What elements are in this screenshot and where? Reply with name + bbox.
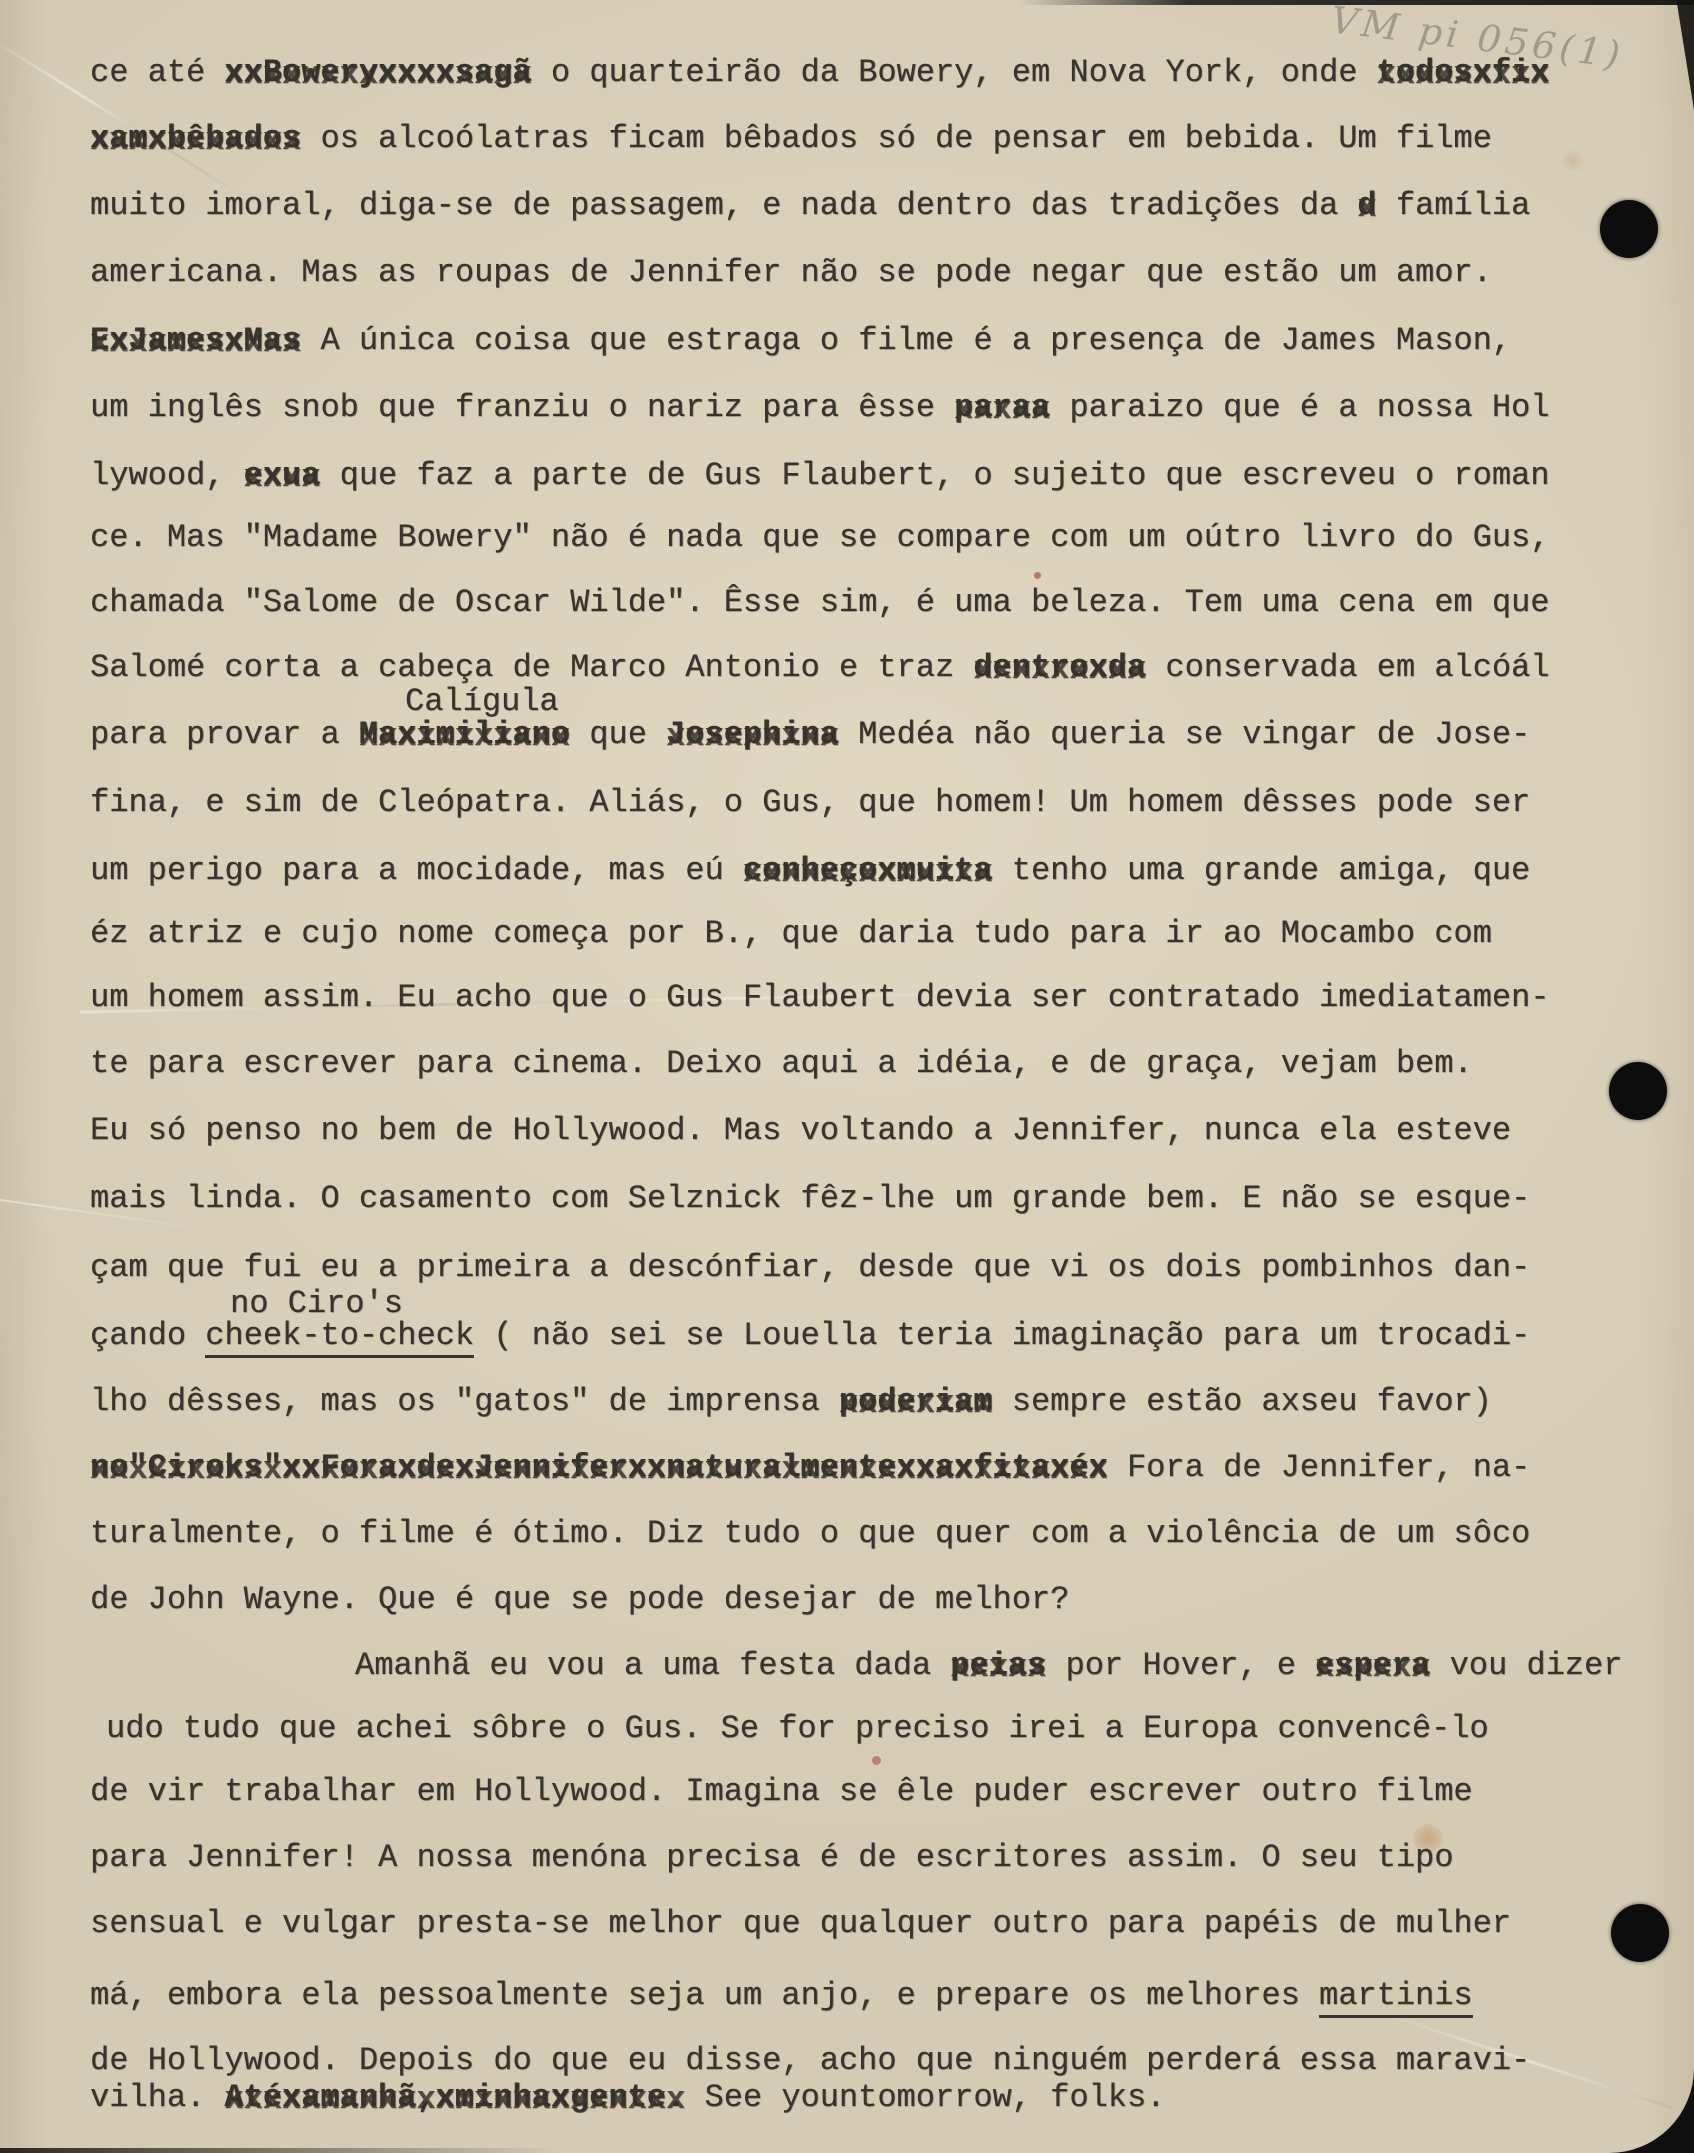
typed-text: A única coisa que estraga o filme é a pr… [301,322,1511,359]
typed-line: chamada "Salome de Oscar Wilde". Êsse si… [90,587,1549,619]
typed-text: te para escrever para cinema. Deixo aqui… [90,1045,1473,1082]
typed-text: de vir trabalhar em Hollywood. Imagina s… [90,1773,1473,1810]
typed-text: lywood, [90,457,244,494]
typed-text: paraizo que é a nossa Hol [1050,389,1549,426]
overtype-x-marks: xxxxxx [1315,1652,1430,1684]
typed-line: de John Wayne. Que é que se pode desejar… [90,1584,1069,1616]
typed-line: fina, e sim de Cleópatra. Aliás, o Gus, … [90,787,1530,819]
typed-text: sensual e vulgar presta-se melhor que qu… [90,1905,1511,1942]
typed-line: Calígula [405,686,559,718]
typed-line: de Hollywood. Depois do que eu disse, ac… [90,2045,1530,2077]
typed-line: de vir trabalhar em Hollywood. Imagina s… [90,1776,1473,1808]
struck-out-text: todosxfixxxxxxxxxx [1377,57,1550,89]
struck-out-text: dx [1357,190,1376,222]
typed-line: ce. Mas "Madame Bowery" não é nada que s… [90,522,1549,554]
typed-text: Calígula [405,683,559,720]
typed-text: por Hover, e [1046,1647,1315,1684]
overtype-x-marks: xxxxxxxxx [1377,59,1550,91]
struck-out-text: exuaxxxx [244,460,321,492]
overtype-x-marks: xxxxxxxxxxx [90,125,301,157]
typed-line: turalmente, o filme é ótimo. Diz tudo o … [90,1518,1530,1550]
typed-text: sempre estão axseu favor) [993,1383,1492,1420]
typed-text: Eu só penso no bem de Hollywood. Mas vol… [90,1112,1511,1149]
typed-text: muito imoral, diga-se de passagem, e nad… [90,187,1357,224]
overtype-x-marks: xxxx [244,462,321,494]
overtype-x-marks: xxxxxxxx [839,1388,993,1420]
typed-line: te para escrever para cinema. Deixo aqui… [90,1048,1473,1080]
struck-out-text: paraaxxxxx [954,392,1050,424]
typed-text: os alcoólatras ficam bêbados só de pensa… [301,120,1492,157]
struck-out-text: xxBoweryxxxxsagãxxxxxxxxxxxxxxxx [224,57,531,89]
overtype-x-marks: xxxxx [950,1652,1046,1684]
punch-hole-mark [1600,200,1658,258]
typed-text: ce. Mas "Madame Bowery" não é nada que s… [90,519,1549,556]
typed-text: lho dêsses, mas os "gatos" de imprensa [90,1383,839,1420]
struck-out-text: peiasxxxxx [950,1650,1046,1682]
typed-line: para provar a Maximilianoxxxxxxxxxxx que… [90,719,1530,751]
typed-text: para provar a [90,716,359,753]
typed-text: See yountomorrow, folks. [685,2079,1165,2116]
typed-text: Fora de Jennifer, na- [1108,1449,1530,1486]
typed-line: no Ciro's [230,1288,403,1320]
typed-text: um inglês snob que franziu o nariz para … [90,389,954,426]
punch-hole-mark [1609,1062,1667,1120]
typed-text: fina, e sim de Cleópatra. Aliás, o Gus, … [90,784,1530,821]
overtype-x-marks: xxxxxxxxxxx [359,721,570,753]
typed-line: Salomé corta a cabeça de Marco Antonio e… [90,652,1549,684]
typed-text: ( não sei se Louella teria imaginação pa… [474,1317,1530,1354]
overtype-x-marks: xxxxxxxxxxx [90,327,301,359]
typed-text: um homem assim. Eu acho que o Gus Flaube… [90,979,1549,1016]
typed-line: mais linda. O casamento com Selznick fêz… [90,1183,1530,1215]
typed-text: má, embora ela pessoalmente seja um anjo… [90,1977,1319,2014]
typed-text: que faz a parte de Gus Flaubert, o sujei… [320,457,1549,494]
typed-text: vou dizer [1430,1647,1622,1684]
typed-line: éz atriz e cujo nome começa por B., que … [90,918,1492,950]
typed-line: xamxbêbadosxxxxxxxxxxx os alcoólatras fi… [90,123,1492,155]
typed-text: um perigo para a mocidade, mas eú [90,852,743,889]
typed-line: um inglês snob que franziu o nariz para … [90,392,1549,424]
underlined-text: cheek-to-check [205,1317,474,1358]
struck-out-text: esperaxxxxxx [1315,1650,1430,1682]
overtype-x-marks: xxxxx [954,394,1050,426]
overtype-x-marks: x [1357,192,1376,224]
typed-line: um homem assim. Eu acho que o Gus Flaube… [90,982,1549,1014]
typed-line: lho dêsses, mas os "gatos" de imprensa p… [90,1386,1492,1418]
struck-out-text: Josephinaxxxxxxxxx [666,719,839,751]
struck-out-text: Atéxamanhã,xminhaxgente.xxxxxxxxxxxxxxxx… [224,2082,685,2114]
punch-hole-mark [1611,1904,1669,1962]
struck-out-text: no"Ciroks"xxForaxdexJenniferxxnaturalmen… [90,1452,1108,1484]
underlined-text: martinis [1319,1977,1473,2018]
typed-line: ce até xxBoweryxxxxsagãxxxxxxxxxxxxxxxx … [90,57,1549,89]
struck-out-text: conheçoxmuitaxxxxxxxxxxxxx [743,855,993,887]
typed-text: de John Wayne. Que é que se pode desejar… [90,1581,1069,1618]
typed-line: ExJamesxMasxxxxxxxxxxx A única coisa que… [90,325,1511,357]
typed-text: mais linda. O casamento com Selznick fêz… [90,1180,1530,1217]
scan-edge-top [1020,0,1694,5]
overtype-x-marks: xxxxxxxxxxxxxxxxxxxxxxxxxxxxxxxxxxxxxxxx… [90,1454,1108,1486]
scanned-typewritten-page: VM pi 056(1) ce até xxBoweryxxxxsagãxxxx… [0,0,1694,2153]
typed-text: vilha. [90,2079,224,2116]
typed-text: Salomé corta a cabeça de Marco Antonio e… [90,649,973,686]
typed-line: americana. Mas as roupas de Jennifer não… [90,257,1492,289]
typed-text: éz atriz e cujo nome começa por B., que … [90,915,1492,952]
typed-line: má, embora ela pessoalmente seja um anjo… [90,1980,1473,2012]
typed-text: americana. Mas as roupas de Jennifer não… [90,254,1492,291]
typed-line: muito imoral, diga-se de passagem, e nad… [90,190,1530,222]
typed-line: Eu só penso no bem de Hollywood. Mas vol… [90,1115,1511,1147]
overtype-x-marks: xxxxxxxxxxxxxxxx [224,59,531,91]
struck-out-text: Maximilianoxxxxxxxxxxx [359,719,570,751]
typed-text: chamada "Salome de Oscar Wilde". Êsse si… [90,584,1549,621]
struck-out-text: xamxbêbadosxxxxxxxxxxx [90,123,301,155]
typed-text: çam que fui eu a primeira a descónfiar, … [90,1249,1530,1286]
typed-text: Amanhã eu vou a uma festa dada [355,1647,950,1684]
overtype-x-marks: xxxxxxxxx [973,654,1146,686]
typed-line: para Jennifer! A nossa menóna precisa é … [90,1842,1453,1874]
typed-line: Amanhã eu vou a uma festa dada peiasxxxx… [355,1650,1622,1682]
typed-text: ce até [90,54,224,91]
typed-text-body: ce até xxBoweryxxxxsagãxxxxxxxxxxxxxxxx … [0,0,1694,2153]
typed-text: çando [90,1317,205,1354]
overtype-x-marks: xxxxxxxxxxxxx [743,857,993,889]
struck-out-text: poderiamxxxxxxxx [839,1386,993,1418]
typed-line: sensual e vulgar presta-se melhor que qu… [90,1908,1511,1940]
typed-text: para Jennifer! A nossa menóna precisa é … [90,1839,1453,1876]
typed-text: de Hollywood. Depois do que eu disse, ac… [90,2042,1530,2079]
typed-text: turalmente, o filme é ótimo. Diz tudo o … [90,1515,1530,1552]
overtype-x-marks: xxxxxxxxx [666,721,839,753]
typed-line: lywood, exuaxxxx que faz a parte de Gus … [90,460,1549,492]
typed-line: çando cheek-to-check ( não sei se Louell… [90,1320,1530,1352]
typed-text: que [570,716,666,753]
typed-line: udo tudo que achei sôbre o Gus. Se for p… [106,1713,1489,1745]
typed-line: vilha. Atéxamanhã,xminhaxgente.xxxxxxxxx… [90,2082,1165,2114]
typed-text: família [1377,187,1531,224]
scan-edge-bottom [0,2148,560,2153]
typed-line: um perigo para a mocidade, mas eú conheç… [90,855,1530,887]
struck-out-text: ExJamesxMasxxxxxxxxxxx [90,325,301,357]
typed-line: no"Ciroks"xxForaxdexJenniferxxnaturalmen… [90,1452,1530,1484]
typed-text: Medéa não queria se vingar de Jose- [839,716,1530,753]
typed-text: o quarteirão da Bowery, em Nova York, on… [532,54,1377,91]
typed-line: çam que fui eu a primeira a descónfiar, … [90,1252,1530,1284]
typed-text: tenho uma grande amiga, que [993,852,1531,889]
typed-text: conservada em alcóál [1146,649,1549,686]
overtype-x-marks: xxxxxxxxxxxxxxxxxxxxxxxx [224,2084,685,2116]
struck-out-text: dentroxdaxxxxxxxxx [973,652,1146,684]
typed-text: udo tudo que achei sôbre o Gus. Se for p… [106,1710,1489,1747]
